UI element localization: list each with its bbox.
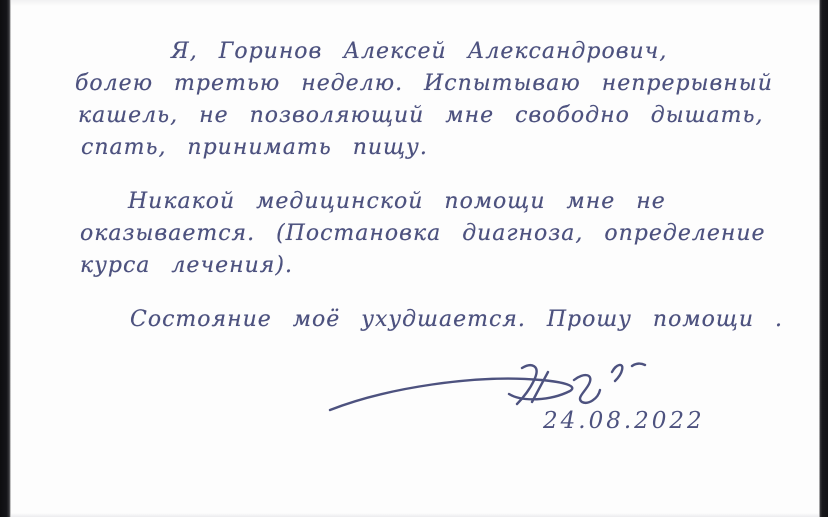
letter-line: спать, принимать пищу. <box>81 132 819 164</box>
letter-line: курса лечения). <box>80 250 819 282</box>
letter-line: кашель, не позволяющий мне свободно дыша… <box>78 100 819 132</box>
scan-edge-left <box>0 0 11 517</box>
letter-line: оказывается. (Постановка диагноза, опред… <box>80 218 819 250</box>
paragraph-gap <box>11 164 819 186</box>
paragraph-3: Состояние моё ухудшается. Прошу помощи . <box>11 304 819 336</box>
handwritten-letter: Я, Горинов Алексей Александрович, болею … <box>11 36 819 460</box>
scanned-letter-page: Я, Горинов Алексей Александрович, болею … <box>0 0 828 517</box>
letter-line: болею третью неделю. Испытываю непрерывн… <box>75 68 819 100</box>
paragraph-gap <box>11 282 819 304</box>
letter-line: Никакой медицинской помощи мне не <box>128 186 819 218</box>
scan-edge-right <box>819 0 828 517</box>
paragraph-1: Я, Горинов Алексей Александрович, болею … <box>11 36 819 164</box>
paper: Я, Горинов Алексей Александрович, болею … <box>11 0 819 517</box>
letter-line: Состояние моё ухудшается. Прошу помощи . <box>130 304 819 336</box>
scan-edge-bottom <box>11 513 819 517</box>
signature-date: 24.08.2022 <box>543 408 705 434</box>
signature-area: 24.08.2022 <box>11 350 819 460</box>
letter-line: Я, Горинов Алексей Александрович, <box>171 36 819 68</box>
scan-edge-top <box>11 0 819 6</box>
paragraph-2: Никакой медицинской помощи мне не оказыв… <box>11 186 819 282</box>
